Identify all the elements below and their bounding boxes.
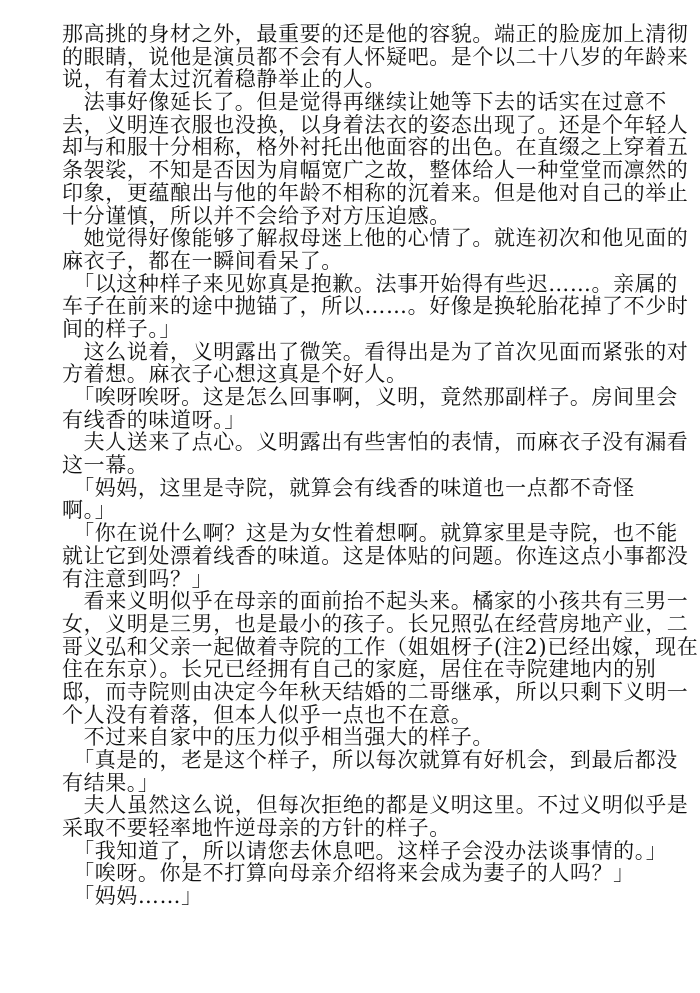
text-line: 夫人虽然这么说，但每次拒绝的都是义明这里。不过义明似乎是 [62, 794, 642, 817]
text-line: 方着想。麻衣子心想这真是个好人。 [62, 363, 642, 386]
text-line: 哥义弘和父亲一起做着寺院的工作（姐姐枒子(注2)已经出嫁，现在 [62, 636, 642, 659]
document-page: 那高挑的身材之外，最重要的还是他的容貌。端正的脸庞加上清彻 的眼睛，说他是演员都… [62, 23, 642, 908]
text-line: 印象，更蕴酿出与他的年龄不相称的沉着来。但是他对自己的举止 [62, 182, 642, 205]
text-line: 间的样子。」 [62, 318, 642, 341]
text-line: 有注意到吗？」 [62, 568, 642, 591]
text-line: 夫人送来了点心。义明露出有些害怕的表情，而麻衣子没有漏看 [62, 431, 642, 454]
text-line: 「妈妈，这里是寺院，就算会有线香的味道也一点都不奇怪 [62, 477, 642, 500]
text-line: 「我知道了，所以请您去休息吧。这样子会没办法谈事情的。」 [62, 840, 642, 863]
text-line: 「唉呀。你是不打算向母亲介绍将来会成为妻子的人吗？」 [62, 862, 642, 885]
text-line: 啊。」 [62, 499, 642, 522]
text-line: 说，有着太过沉着稳静举止的人。 [62, 68, 642, 91]
text-line: 不过来自家中的压力似乎相当强大的样子。 [62, 726, 642, 749]
text-line: 去，义明连衣服也没换，以身着法衣的姿态出现了。还是个年轻人 [62, 114, 642, 137]
text-line: 「你在说什么啊？这是为女性着想啊。就算家里是寺院，也不能 [62, 522, 642, 545]
text-line: 采取不要轻率地忤逆母亲的方针的样子。 [62, 817, 642, 840]
text-line: 个人没有着落，但本人似乎一点也不在意。 [62, 704, 642, 727]
text-line: 住在东京）。长兄已经拥有自己的家庭，居住在寺院建地内的别 [62, 658, 642, 681]
text-line: 的眼睛，说他是演员都不会有人怀疑吧。是个以二十八岁的年龄来 [62, 46, 642, 69]
text-line: 那高挑的身材之外，最重要的还是他的容貌。端正的脸庞加上清彻 [62, 23, 642, 46]
text-line: 这么说着，义明露出了微笑。看得出是为了首次见面而紧张的对 [62, 341, 642, 364]
text-line: 她觉得好像能够了解叔母迷上他的心情了。就连初次和他见面的 [62, 227, 642, 250]
text-line: 有线香的味道呀。」 [62, 409, 642, 432]
text-line: 就让它到处漂着线香的味道。这是体贴的问题。你连这点小事都没 [62, 545, 642, 568]
text-line: 十分谨慎，所以并不会给予对方压迫感。 [62, 205, 642, 228]
text-line: 条袈裟，不知是否因为肩幅宽广之故，整体给人一种堂堂而凛然的 [62, 159, 642, 182]
text-line: 这一幕。 [62, 454, 642, 477]
text-line: 邸，而寺院则由决定今年秋天结婚的二哥继承，所以只剩下义明一 [62, 681, 642, 704]
text-line: 「唉呀唉呀。这是怎么回事啊，义明，竟然那副样子。房间里会 [62, 386, 642, 409]
text-line: 法事好像延长了。但是觉得再继续让她等下去的话实在过意不 [62, 91, 642, 114]
text-line: 「妈妈……」 [62, 885, 642, 908]
text-line: 「以这种样子来见妳真是抱歉。法事开始得有些迟……。亲属的 [62, 273, 642, 296]
text-line: 女，义明是三男，也是最小的孩子。长兄照弘在经营房地产业，二 [62, 613, 642, 636]
text-line: 看来义明似乎在母亲的面前抬不起头来。橘家的小孩共有三男一 [62, 590, 642, 613]
text-line: 车子在前来的途中抛锚了，所以……。好像是换轮胎花掉了不少时 [62, 295, 642, 318]
text-line: 有结果。」 [62, 772, 642, 795]
text-line: 却与和服十分相称，格外衬托出他面容的出色。在直缀之上穿着五 [62, 136, 642, 159]
text-line: 「真是的，老是这个样子，所以每次就算有好机会，到最后都没 [62, 749, 642, 772]
text-line: 麻衣子，都在一瞬间看呆了。 [62, 250, 642, 273]
